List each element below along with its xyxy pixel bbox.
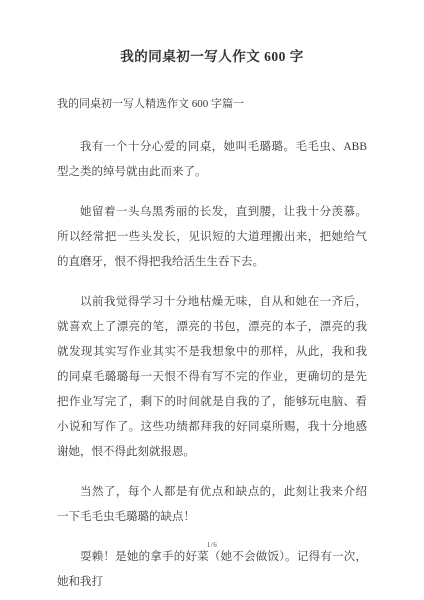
document-content: 我的同桌初一写人作文 600 字 我的同桌初一写人精选作文 600 字篇一 我有…	[0, 0, 424, 595]
document-page: 我的同桌初一写人作文 600 字 我的同桌初一写人精选作文 600 字篇一 我有…	[0, 0, 424, 600]
paragraph-4: 当然了，每个人都是有优点和缺点的，此刻让我来介绍一下毛毛虫毛璐璐的缺点！	[57, 480, 367, 530]
paragraph-2: 她留着一头乌黑秀丽的长发，直到腰，让我十分羡慕。所以经常把一些头发长，见识短的大…	[57, 200, 367, 275]
document-subtitle: 我的同桌初一写人精选作文 600 字篇一	[57, 92, 367, 117]
page-number-indicator: 1/6	[0, 541, 424, 550]
paragraph-5: 耍赖！是她的拿手的好菜（她不会做饭）。记得有一次，她和我打	[57, 545, 367, 595]
document-title: 我的同桌初一写人作文 600 字	[57, 48, 367, 66]
paragraph-3: 以前我觉得学习十分地枯燥无味，自从和她在一齐后，就喜欢上了漂亮的笔，漂亮的书包，…	[57, 290, 367, 465]
paragraph-1: 我有一个十分心爱的同桌，她叫毛璐璐。毛毛虫、ABB 型之类的绰号就由此而来了。	[57, 135, 367, 185]
